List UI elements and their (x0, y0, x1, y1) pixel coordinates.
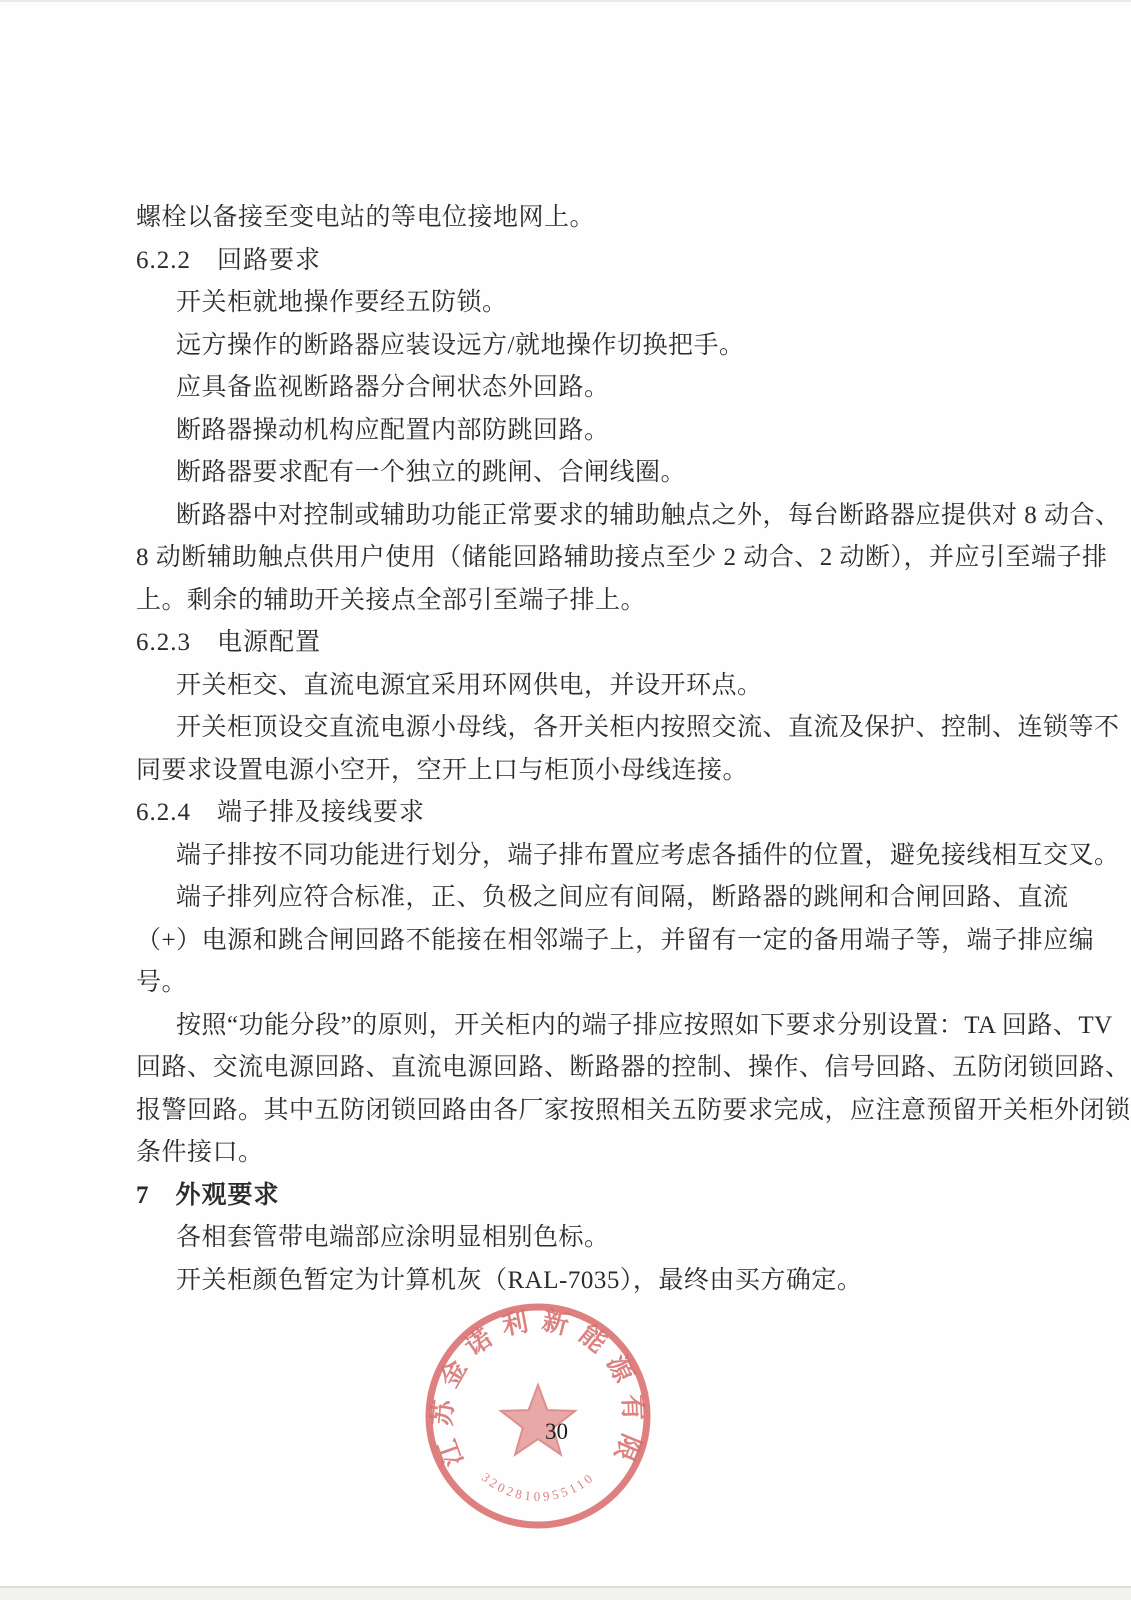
text-line: 报警回路。其中五防闭锁回路由各厂家按照相关五防要求完成，应注意预留开关柜外闭锁 (136, 1090, 1006, 1133)
text-line: 应具备监视断路器分合闸状态外回路。 (136, 367, 1006, 410)
text-line: 端子排列应符合标准，正、负极之间应有间隔，断路器的跳闸和合闸回路、直流 (136, 877, 1006, 920)
seal-serial-number: 3202810955110 (479, 1469, 598, 1504)
text-line: 上。剩余的辅助开关接点全部引至端子排上。 (136, 580, 1006, 623)
text-line: 6.2.2 回路要求 (136, 240, 1006, 283)
text-line: 6.2.4 端子排及接线要求 (136, 792, 1006, 835)
text-line: 开关柜就地操作要经五防锁。 (136, 282, 1006, 325)
text-line: 号。 (136, 962, 1006, 1005)
text-line: 条件接口。 (136, 1132, 1006, 1175)
text-line: 7 外观要求 (136, 1175, 1006, 1218)
scan-top-edge (0, 0, 1131, 2)
page-container: 螺栓以备接至变电站的等电位接地网上。6.2.2 回路要求开关柜就地操作要经五防锁… (0, 0, 1131, 1600)
text-line: 同要求设置电源小空开，空开上口与柜顶小母线连接。 (136, 750, 1006, 793)
text-line: 6.2.3 电源配置 (136, 622, 1006, 665)
text-line: 断路器操动机构应配置内部防跳回路。 (136, 410, 1006, 453)
scan-bottom-area (0, 1588, 1131, 1600)
text-line: 端子排按不同功能进行划分，端子排布置应考虑各插件的位置，避免接线相互交叉。 (136, 835, 1006, 878)
text-line: 8 动断辅助触点供用户使用（储能回路辅助接点至少 2 动合、2 动断），并应引至… (136, 537, 1006, 580)
text-line: （+）电源和跳合闸回路不能接在相邻端子上，并留有一定的备用端子等，端子排应编 (136, 920, 1006, 963)
company-seal-graphic: 江苏金诺利新能源有限公司 3202810955110 (422, 1300, 654, 1532)
text-line: 螺栓以备接至变电站的等电位接地网上。 (136, 197, 1006, 240)
text-line: 远方操作的断路器应装设远方/就地操作切换把手。 (136, 325, 1006, 368)
page-number: 30 (545, 1419, 568, 1445)
text-line: 按照“功能分段”的原则，开关柜内的端子排应按照如下要求分别设置：TA 回路、TV (136, 1005, 1006, 1048)
text-line: 回路、交流电源回路、直流电源回路、断路器的控制、操作、信号回路、五防闭锁回路、 (136, 1047, 1006, 1090)
text-line: 开关柜颜色暂定为计算机灰（RAL-7035），最终由买方确定。 (136, 1260, 1006, 1303)
text-line: 开关柜交、直流电源宜采用环网供电，并设开环点。 (136, 665, 1006, 708)
document-text: 螺栓以备接至变电站的等电位接地网上。6.2.2 回路要求开关柜就地操作要经五防锁… (136, 197, 1006, 1302)
text-line: 开关柜顶设交直流电源小母线，各开关柜内按照交流、直流及保护、控制、连锁等不 (136, 707, 1006, 750)
company-seal: 江苏金诺利新能源有限公司 3202810955110 (422, 1300, 654, 1532)
text-line: 各相套管带电端部应涂明显相别色标。 (136, 1217, 1006, 1260)
text-line: 断路器要求配有一个独立的跳闸、合闸线圈。 (136, 452, 1006, 495)
text-line: 断路器中对控制或辅助功能正常要求的辅助触点之外，每台断路器应提供对 8 动合、 (136, 495, 1006, 538)
